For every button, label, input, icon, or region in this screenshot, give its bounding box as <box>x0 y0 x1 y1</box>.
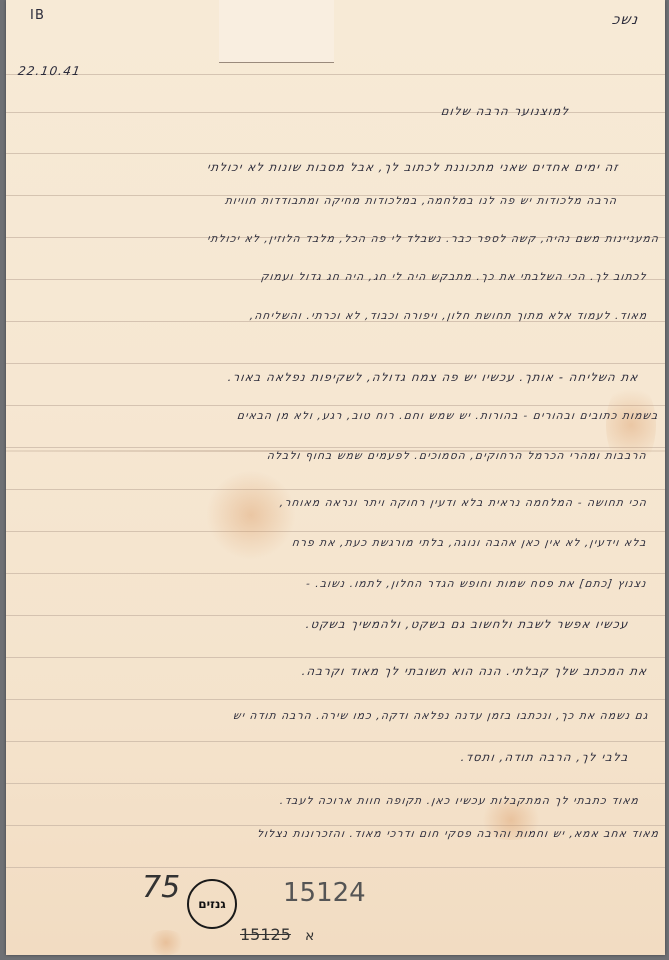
letter-date: 22.10.41 <box>17 64 82 78</box>
old-catalog-suffix: א <box>305 928 314 944</box>
letter-line: מאוד. לעמוד אלא מתוך תחושת חלון, ויפורה … <box>249 310 648 322</box>
tape-residue <box>219 0 334 63</box>
letter-line: עכשיו אפשר לשבת ולחשוב גם בשקט, ולהמשיך … <box>305 617 630 631</box>
letter-line: הרבה מלכודות יש פה לנו במלחמה, במלכודות … <box>224 195 618 207</box>
corner-mark-left: IB <box>30 8 45 23</box>
letter-line: בשמות כתובים ובהורים - בהורות. יש שמש וח… <box>237 410 660 422</box>
letter-line: גם נשמה את כך, ונכתבו בזמן עדנה נפלאה וד… <box>233 710 650 722</box>
paper-rule <box>6 489 665 490</box>
corner-mark-right: נשכ <box>611 12 640 28</box>
foxing-stain <box>146 930 186 955</box>
paper-rule <box>6 657 665 658</box>
paper-rule <box>6 741 665 742</box>
paper-rule <box>6 825 665 826</box>
paper-rule <box>6 573 665 574</box>
letter-line: בלא וידעין, לא אין כאן אהבה ונוגה, בלתי … <box>291 537 648 549</box>
salutation: למוצנוער הרבה שלום <box>440 104 570 118</box>
letter-line: נצנוץ [כתם] את פסח שמות וחופש הגדר החלון… <box>305 578 647 590</box>
letter-line: בלבי לך, הרבה תודה, ותסד. <box>460 750 630 764</box>
paper-rule <box>6 531 665 532</box>
paper-rule <box>6 405 665 406</box>
paper-rule <box>6 153 665 154</box>
paper-rule <box>6 447 665 448</box>
letter-line: מאוד אחב אמא, יש וחמות והרבה פסקי חום וד… <box>256 828 660 840</box>
paper-rule <box>6 363 665 364</box>
letter-page <box>6 0 665 955</box>
genazim-stamp: גנזים <box>187 879 237 929</box>
old-catalog-number: 15125 <box>240 925 291 944</box>
letter-line: לכתוב לך. הכי השלבתי את כך. מתבקש היה לי… <box>260 271 647 283</box>
letter-line: הכי תחושה - המלחמה נראית בלא ודעין רחוקה… <box>279 497 648 509</box>
stamp-text: גנזים <box>198 897 226 911</box>
paper-rule <box>6 783 665 784</box>
letter-line: זה ימים אחדים שאני מתכוננת לכתוב לך, אבל… <box>206 160 620 174</box>
page-number: 75 <box>142 870 180 905</box>
paper-rule <box>6 74 665 75</box>
letter-line: המעניינות משם נהיה, קשה לספר כבר. נשבלד … <box>206 233 660 245</box>
letter-line: את המכתב שלך קבלתי. הנה הוא תשובתי לך מא… <box>301 664 648 678</box>
paper-rule <box>6 615 665 616</box>
paper-rule <box>6 699 665 700</box>
catalog-number: 15124 <box>283 878 366 908</box>
letter-line: הרבבות ומהרי הכרמל הרחוקים, הסמוכים. לפע… <box>266 450 648 462</box>
foxing-stain <box>206 470 296 560</box>
paper-rule <box>6 867 665 868</box>
letter-line: מאוד כתבתי לך המתקבלות עכשיו כאן. תקופה … <box>279 795 640 807</box>
letter-line: את השליחה - אותך. עכשיו יש פה צמח גדולה,… <box>227 370 640 384</box>
